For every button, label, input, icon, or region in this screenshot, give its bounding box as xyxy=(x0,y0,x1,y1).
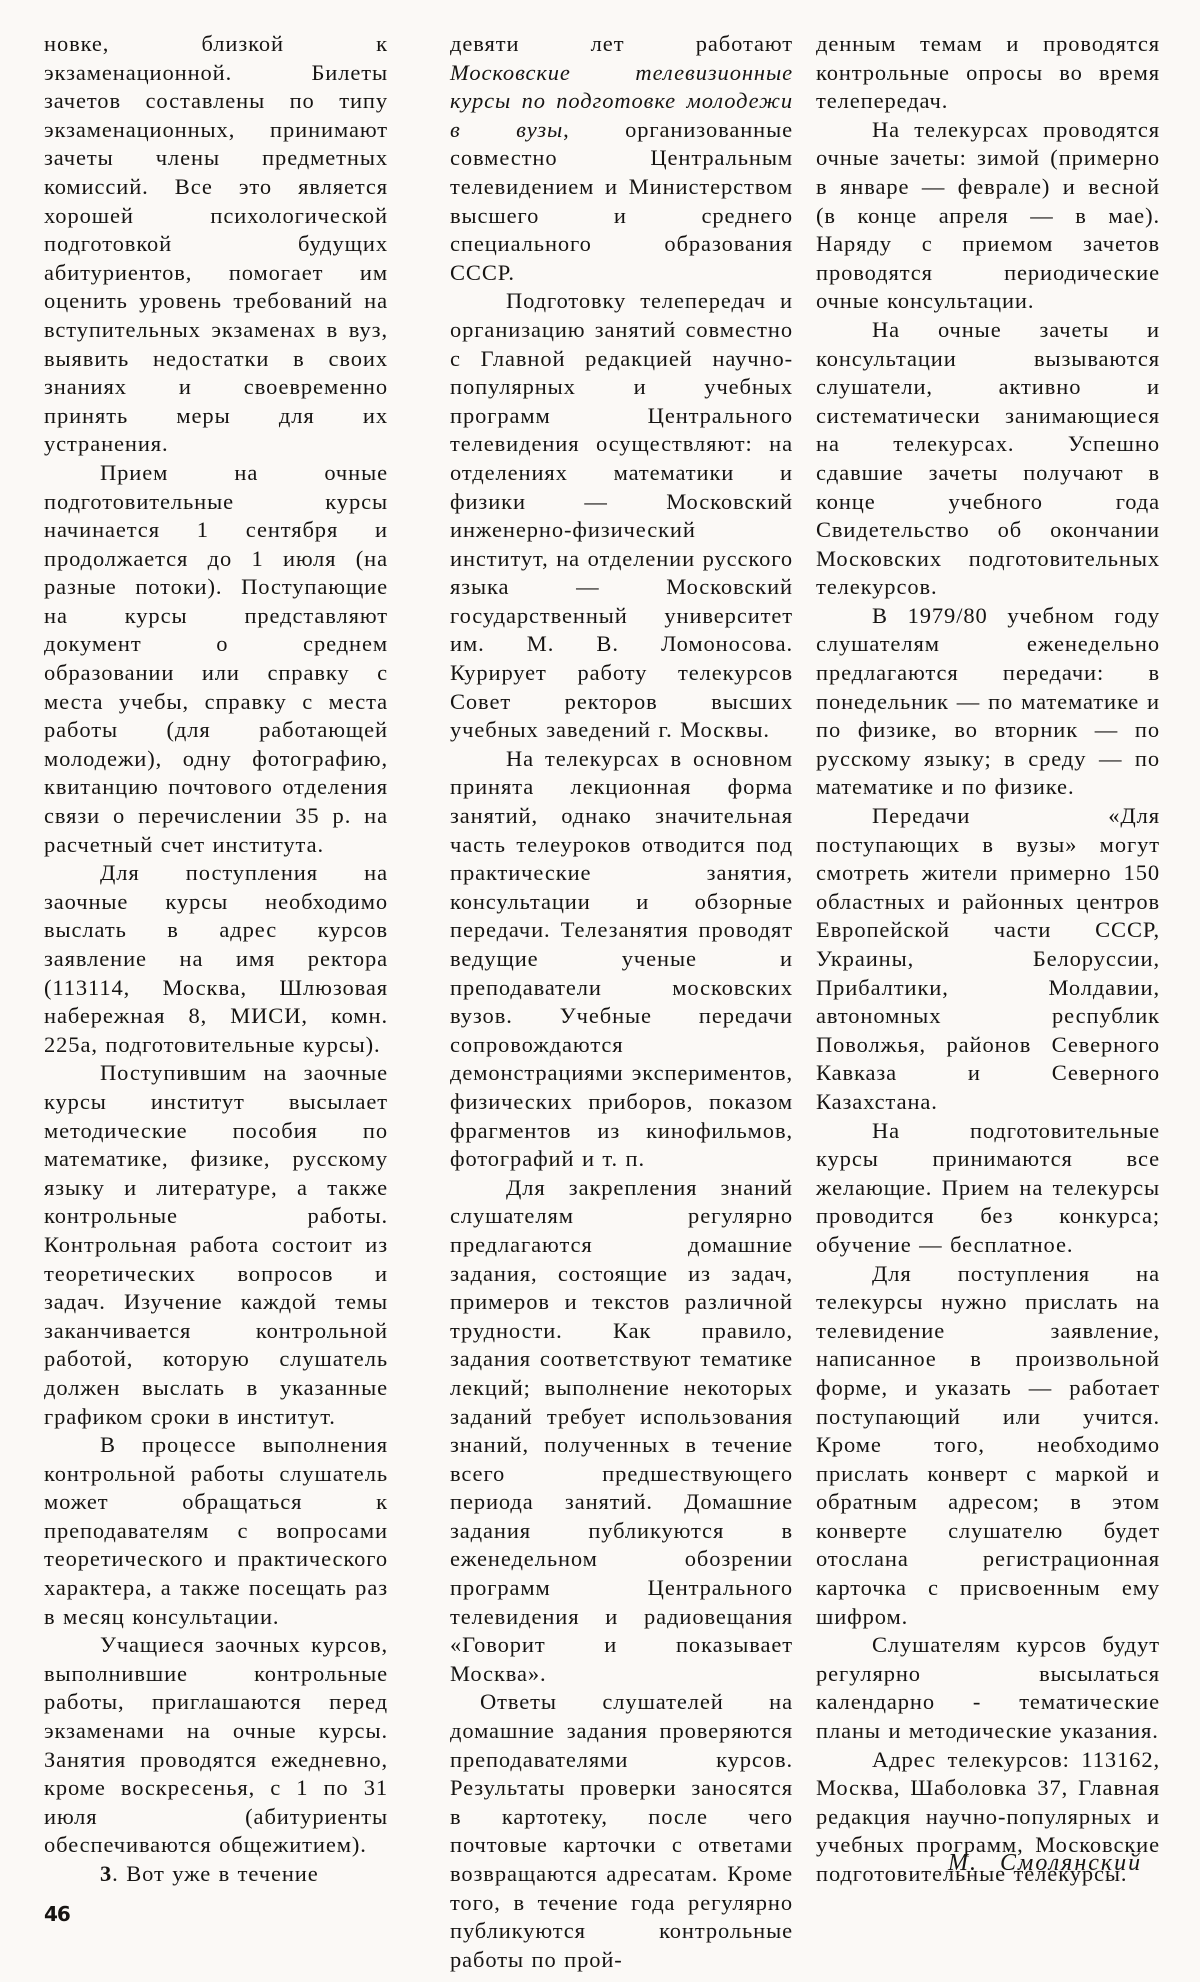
paragraph: На подготовительные курсы принимаются вс… xyxy=(816,1117,1160,1260)
paragraph: девяти лет работают Московские телевизио… xyxy=(450,30,793,287)
paragraph-text: девяти лет работают xyxy=(450,31,793,56)
paragraph: денным темам и проводятся контрольные оп… xyxy=(816,30,1160,116)
magazine-page: новке, близкой к экзаменационной. Билеты… xyxy=(0,0,1200,1982)
paragraph: В 1979/80 учебном году слушателям еженед… xyxy=(816,602,1160,802)
paragraph: Ответы слушателей на домашние задания пр… xyxy=(450,1688,793,1974)
author-signature: М. Смолянский xyxy=(948,1850,1142,1877)
text-column-2: девяти лет работают Московские телевизио… xyxy=(450,30,793,1974)
paragraph: новке, близкой к экзаменационной. Билеты… xyxy=(44,30,388,459)
paragraph: Поступившим на заочные курсы институт вы… xyxy=(44,1059,388,1431)
paragraph: Для поступления на заочные курсы необход… xyxy=(44,859,388,1059)
paragraph: На очные зачеты и консультации вызываютс… xyxy=(816,316,1160,602)
paragraph: В процессе выполнения контрольной работы… xyxy=(44,1431,388,1631)
paragraph: На телекурсах в основном принята лекцион… xyxy=(450,745,793,1174)
section-number: 3 xyxy=(100,1861,112,1886)
paragraph-section-start: 3. Вот уже в течение xyxy=(44,1860,388,1889)
paragraph: Слушателям курсов будут регулярно высыла… xyxy=(816,1631,1160,1745)
text-column-1: новке, близкой к экзаменационной. Билеты… xyxy=(44,30,388,1889)
paragraph: На телекурсах проводятся очные зачеты: з… xyxy=(816,116,1160,316)
paragraph: Для поступления на телекурсы нужно присл… xyxy=(816,1260,1160,1632)
paragraph: Подготовку телепередач и организацию зан… xyxy=(450,287,793,745)
paragraph: Передачи «Для поступающих в вузы» могут … xyxy=(816,802,1160,1117)
text-column-3: денным темам и проводятся контрольные оп… xyxy=(816,30,1160,1889)
page-number: 46 xyxy=(44,1902,70,1926)
paragraph: Для закрепления знаний слушателям регуля… xyxy=(450,1174,793,1689)
paragraph: Прием на очные подготовительные курсы на… xyxy=(44,459,388,859)
paragraph: Учащиеся заочных курсов, выполнившие кон… xyxy=(44,1631,388,1860)
paragraph-text: . Вот уже в течение xyxy=(112,1861,318,1886)
